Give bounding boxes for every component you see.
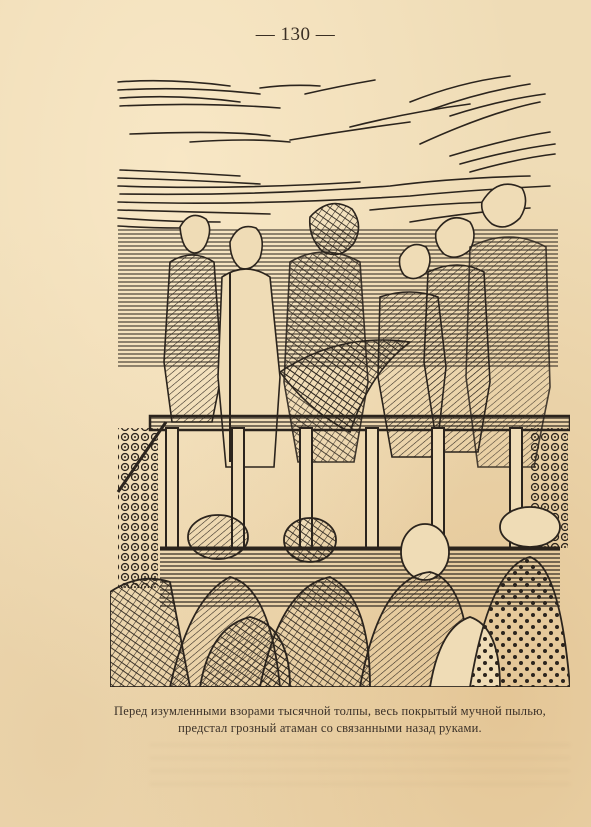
page-number: — 130 — — [0, 24, 591, 46]
illustration-caption: Перед изумленными взорами тысячной толпы… — [90, 703, 570, 737]
caption-line-2: предстал грозный атаман со связанными на… — [90, 720, 570, 737]
illustration — [110, 72, 570, 687]
caption-line-1: Перед изумленными взорами тысячной толпы… — [90, 703, 570, 720]
book-page: — 130 — — [0, 0, 591, 827]
engraving-artwork — [110, 72, 570, 687]
show-through-text — [150, 735, 570, 785]
